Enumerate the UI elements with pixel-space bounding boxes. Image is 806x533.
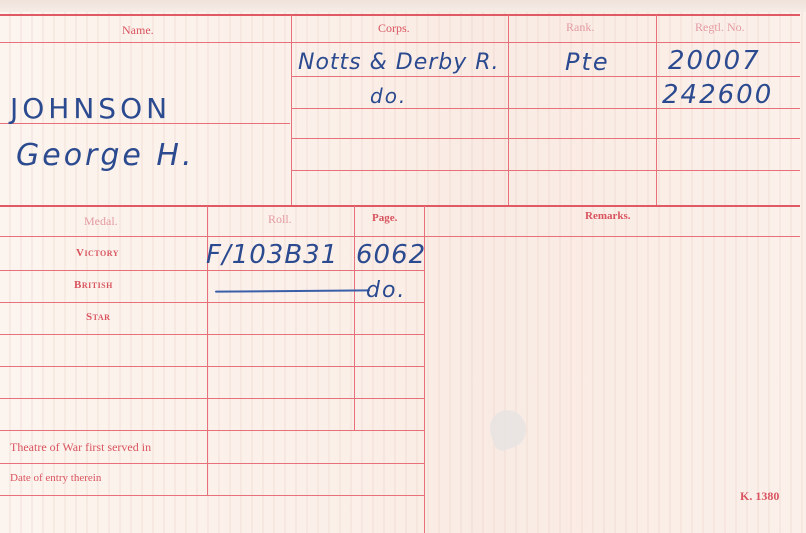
row-rule xyxy=(0,302,424,303)
theatre-label: Theatre of War first served in xyxy=(10,440,151,455)
rank-regt-divider xyxy=(656,15,657,205)
row-rule xyxy=(292,138,800,139)
regtl-no-field-2: 242600 xyxy=(662,80,773,110)
date-entry-label: Date of entry therein xyxy=(10,472,101,484)
medal-british-label: British xyxy=(74,279,113,291)
remarks-header: Remarks. xyxy=(585,210,631,222)
medal-index-card: Name. Corps. Rank. Regtl. No. JOHNSON Ge… xyxy=(0,0,806,533)
name-corps-divider xyxy=(291,15,292,205)
row-rule xyxy=(0,398,424,399)
surname-field: JOHNSON xyxy=(10,92,171,125)
row-rule xyxy=(0,495,424,496)
victory-roll-field: F/103B31 xyxy=(206,240,338,270)
form-code: K. 1380 xyxy=(740,489,779,504)
rank-header: Rank. xyxy=(566,20,594,35)
regtl-no-header: Regtl. No. xyxy=(695,20,745,35)
page-header: Page. xyxy=(372,212,397,224)
header-rule xyxy=(0,42,800,43)
roll-header: Roll. xyxy=(268,212,292,227)
leaf-watermark xyxy=(485,405,532,453)
row-rule xyxy=(0,270,424,271)
rank-field: Pte xyxy=(565,48,610,76)
corps-header: Corps. xyxy=(378,21,410,36)
card-top-edge xyxy=(0,0,806,12)
ditto-stroke xyxy=(215,289,370,292)
medal-victory-label: Victory xyxy=(76,247,119,259)
british-page-field: do. xyxy=(366,278,406,303)
medal-header-rule xyxy=(0,236,800,237)
corps-rank-divider xyxy=(508,15,509,205)
regtl-no-field-1: 20007 xyxy=(668,46,761,76)
row-rule xyxy=(0,430,424,431)
medal-header: Medal. xyxy=(84,214,118,229)
row-rule xyxy=(292,170,800,171)
section-rule xyxy=(0,205,800,207)
corps-field-2: do. xyxy=(370,84,407,108)
row-rule xyxy=(292,76,800,77)
forenames-field: George H. xyxy=(16,138,195,173)
name-header: Name. xyxy=(122,23,154,38)
row-rule xyxy=(0,334,424,335)
medal-star-label: Star xyxy=(86,311,110,323)
corps-field-1: Notts & Derby R. xyxy=(298,50,500,75)
top-rule xyxy=(0,14,800,16)
row-rule xyxy=(0,463,424,464)
victory-page-field: 6062 xyxy=(356,240,426,270)
row-rule xyxy=(0,366,424,367)
